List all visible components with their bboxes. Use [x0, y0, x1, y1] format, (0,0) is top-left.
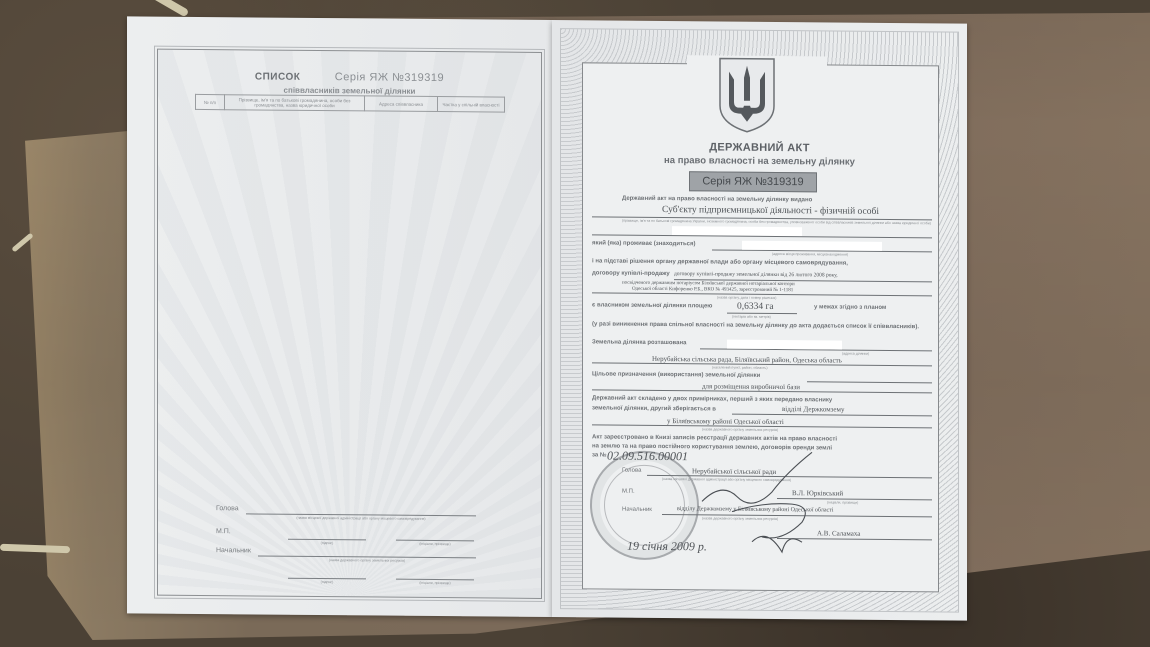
- seal-signature-block: М.П. (підпис) (ініціали, прізвище): [216, 528, 516, 538]
- table-header-row: № п/п Прізвище, ім'я та по батькові гром…: [196, 94, 505, 112]
- trident-emblem-icon: [717, 55, 777, 134]
- chief-caption: (назва державного органу земельних ресур…: [258, 557, 476, 563]
- list-title: СПИСОК: [255, 71, 300, 82]
- chief-label: Начальник: [216, 547, 251, 554]
- area-caption: (гектарів або кв. метрів): [732, 315, 771, 319]
- seal-label: М.П.: [216, 528, 231, 535]
- page-frame: СПИСОК Серія ЯЖ №319319 співвласників зе…: [157, 49, 542, 599]
- initials-caption: (ініціали, прізвище): [396, 542, 474, 547]
- column-header: Частка у спільній власності: [438, 97, 505, 113]
- column-header: Адреса співвласника: [365, 96, 438, 112]
- head-label: Голова: [622, 468, 641, 474]
- column-header: Прізвище, ім'я та по батькові громадянин…: [225, 95, 365, 111]
- location-caption-address: (адреса ділянки): [842, 352, 869, 356]
- copies-caption: (назва державного органу земельних ресур…: [702, 427, 778, 432]
- redacted-address: [742, 241, 882, 251]
- area-label: є власником земельної ділянки площею: [592, 302, 712, 309]
- contract-label: договору купівлі-продажу: [592, 270, 670, 277]
- column-header: № п/п: [196, 94, 225, 109]
- area-suffix: у межах згідно з планом: [814, 304, 886, 311]
- issued-to-value: Суб'єкту підприємницької діяльності - фі…: [662, 205, 879, 217]
- location-label: Земельна ділянка розташована: [592, 339, 686, 346]
- signature-caption: (підпис): [288, 580, 366, 585]
- head-signature-block: Голова (назва місцевої державної адмініс…: [216, 505, 516, 515]
- signature-caption: (підпис): [288, 541, 366, 546]
- list-header: СПИСОК Серія ЯЖ №319319 співвласників зе…: [158, 66, 541, 97]
- state-act-page: ДЕРЖАВНИЙ АКТ на право власності на земе…: [552, 20, 967, 621]
- signature-scribble-icon: [692, 441, 852, 562]
- seal-label: М.П.: [622, 489, 635, 495]
- registry-prefix: за №: [592, 452, 607, 458]
- redacted-plot-address: [727, 340, 842, 350]
- co-owners-table: № п/п Прізвище, ім'я та по батькові гром…: [195, 94, 505, 113]
- chief-signature-block: Начальник (назва державного органу земел…: [216, 547, 516, 557]
- initials-caption: (ініціали, прізвище): [396, 581, 474, 586]
- head-label: Голова: [216, 505, 239, 512]
- contract-caption: (назва органу, дата і номер рішення): [717, 295, 776, 300]
- residence-label: який (яка) проживає (знаходиться): [592, 240, 695, 247]
- copies-text-2: земельної ділянки, другий зберігається в: [592, 405, 716, 412]
- area-value: 0,6334 га: [737, 302, 774, 312]
- co-owners-list-page: СПИСОК Серія ЯЖ №319319 співвласників зе…: [127, 16, 552, 617]
- series-number: Серія ЯЖ №319319: [689, 171, 817, 192]
- residence-caption: (адреса місця проживання, місцезнаходжен…: [772, 252, 848, 257]
- copies-value-1: відділі Держкомзему: [782, 405, 844, 414]
- chief-sign-lines: (підпис) (ініціали, прізвище): [216, 567, 516, 570]
- location-caption-settlement: (населений пункт, район, область): [712, 365, 768, 369]
- chief-label: Начальник: [622, 507, 652, 513]
- land-ownership-certificate: СПИСОК Серія ЯЖ №319319 співвласників зе…: [127, 16, 967, 620]
- series-number: Серія ЯЖ №319319: [335, 71, 444, 84]
- head-caption: (назва місцевої державної адміністрації …: [251, 515, 471, 521]
